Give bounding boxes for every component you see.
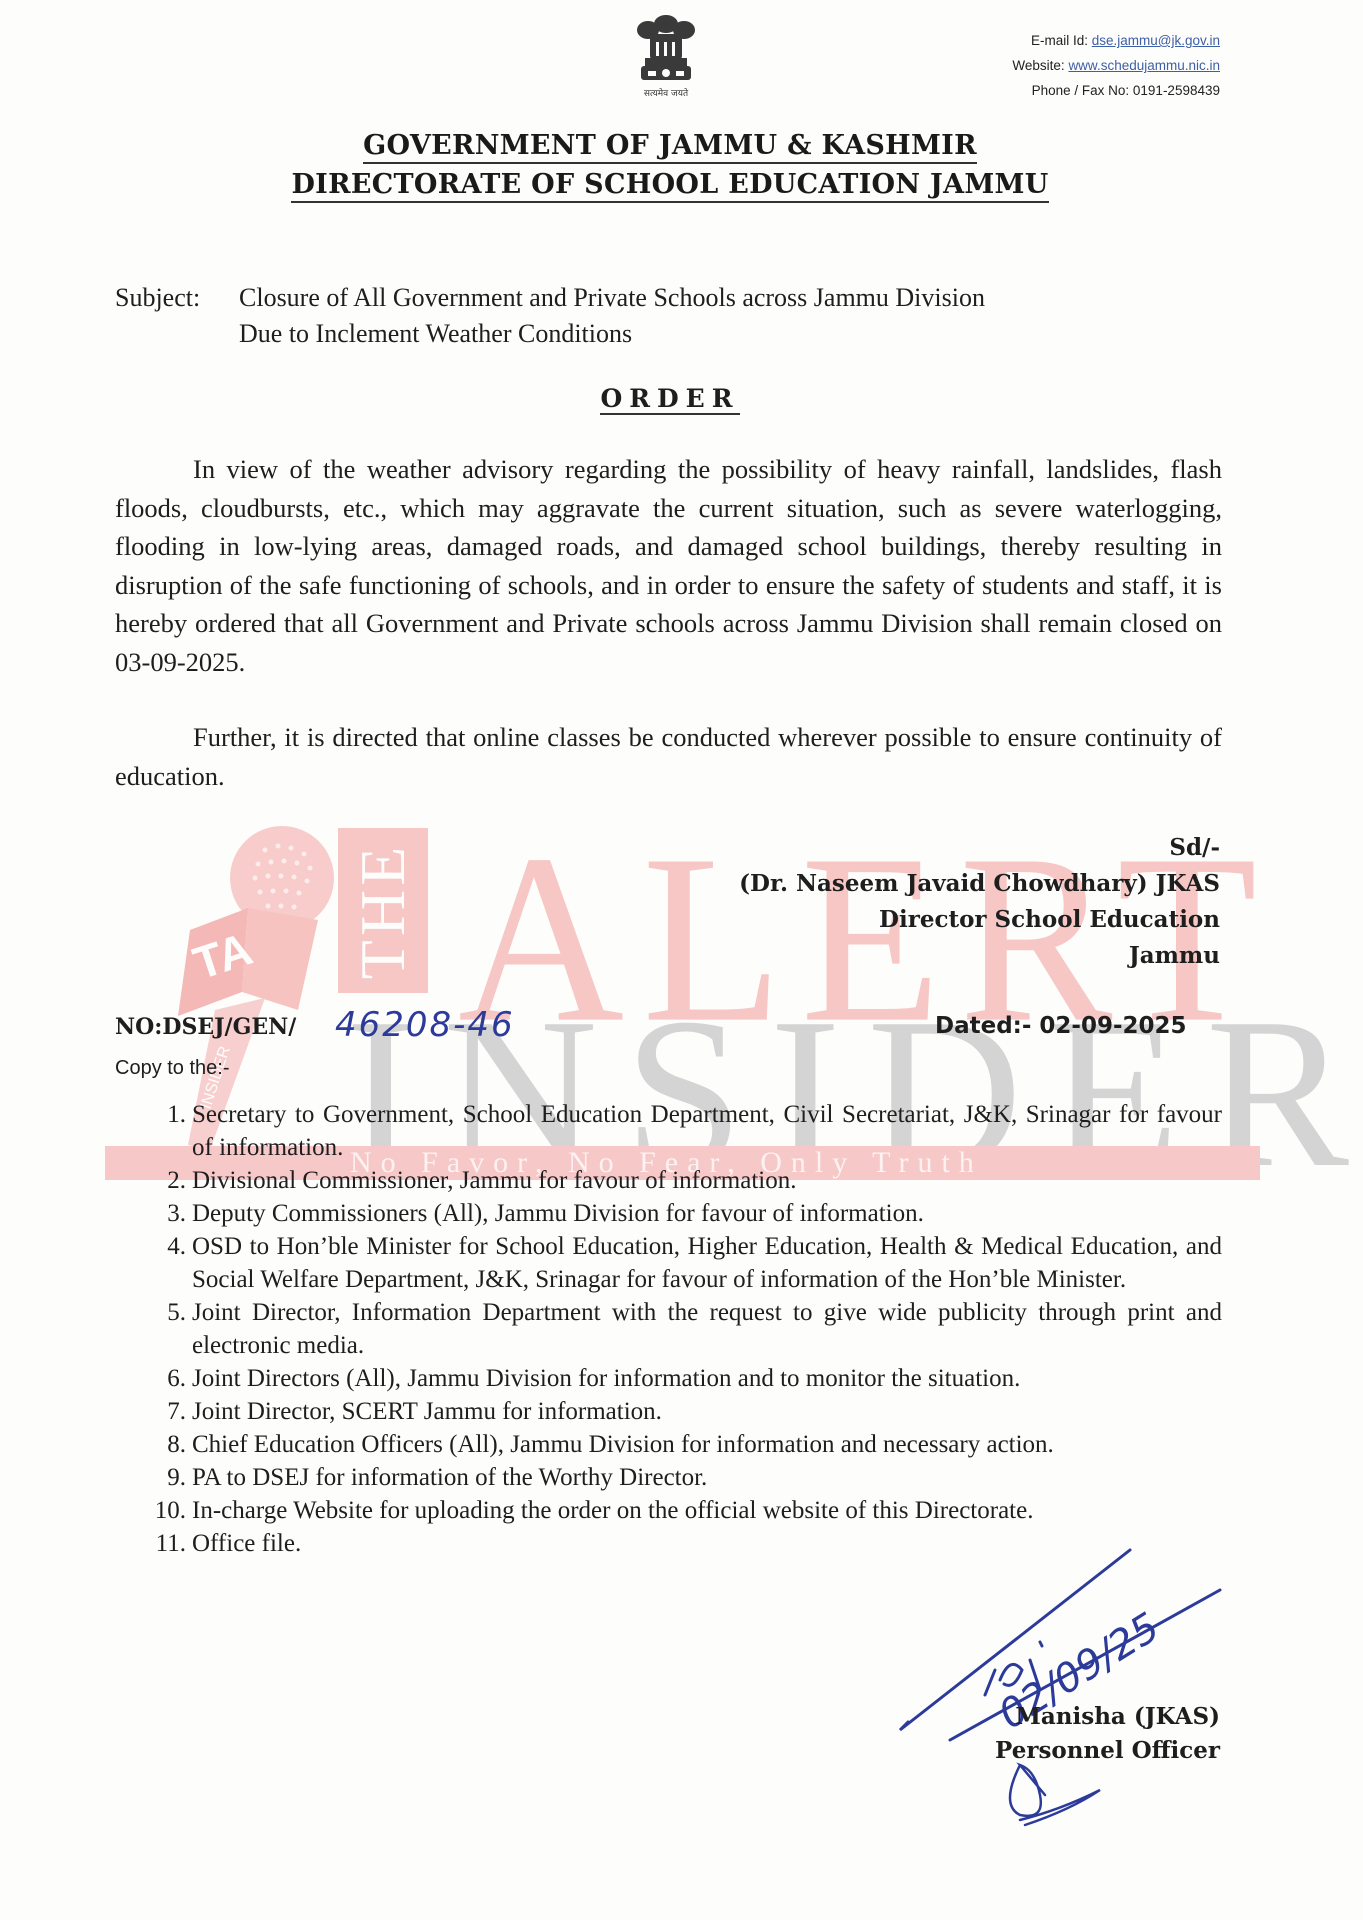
personnel-officer-name: Manisha (JKAS) [995,1700,1220,1734]
copy-to-label: Copy to the:- [115,1057,230,1080]
list-item: 10.In-charge Website for uploading the o… [140,1494,1222,1527]
personnel-officer-designation: Personnel Officer [995,1734,1220,1768]
order-paragraph-2: Further, it is directed that online clas… [115,718,1222,795]
email-line: E-mail Id: dse.jammu@jk.gov.in [1012,28,1220,53]
phone-line: Phone / Fax No: 0191-2598439 [1012,78,1220,103]
website-line: Website: www.schedujammu.nic.in [1012,53,1220,78]
reference-number-handwritten: 46208-46 [335,1005,515,1045]
list-item: 1.Secretary to Government, School Educat… [140,1098,1222,1164]
reference-number-prefix: NO:DSEJ/GEN/ [115,1014,296,1040]
list-item: 9.PA to DSEJ for information of the Wort… [140,1461,1222,1494]
list-item: 3.Deputy Commissioners (All), Jammu Divi… [140,1197,1222,1230]
list-item: 2.Divisional Commissioner, Jammu for fav… [140,1164,1222,1197]
order-heading: ORDER [0,384,1340,413]
list-item: 4.OSD to Hon’ble Minister for School Edu… [140,1230,1222,1296]
svg-text:सत्यमेव जयते: सत्यमेव जयते [644,87,689,99]
personnel-officer-block: Manisha (JKAS) Personnel Officer [995,1700,1220,1768]
sd-mark: Sd/- [739,830,1220,866]
list-item: 5.Joint Director, Information Department… [140,1296,1222,1362]
subject: Subject:Closure of All Government and Pr… [115,280,1225,352]
director-name: (Dr. Naseem Javaid Chowdhary) JKAS [739,866,1220,902]
title-government: GOVERNMENT OF JAMMU & KASHMIR [0,130,1340,161]
order-date: Dated:- 02-09-2025 [935,1013,1187,1039]
list-item: 6.Joint Directors (All), Jammu Division … [140,1362,1222,1395]
list-item: 8.Chief Education Officers (All), Jammu … [140,1428,1222,1461]
subject-line2: Due to Inclement Weather Conditions [115,316,1225,352]
title-directorate: DIRECTORATE OF SCHOOL EDUCATION JAMMU [0,169,1340,200]
list-item: 7.Joint Director, SCERT Jammu for inform… [140,1395,1222,1428]
subject-line1: Closure of All Government and Private Sc… [239,283,985,312]
website-link[interactable]: www.schedujammu.nic.in [1068,58,1220,73]
copy-recipient-list: 1.Secretary to Government, School Educat… [140,1098,1222,1560]
subject-label: Subject: [115,280,239,316]
contact-details: E-mail Id: dse.jammu@jk.gov.in Website: … [1012,28,1220,103]
national-emblem-icon: सत्यमेव जयते [628,10,704,106]
email-link[interactable]: dse.jammu@jk.gov.in [1092,33,1220,48]
handwritten-signature-icon: 02/09/25 [890,1530,1270,1850]
director-signature-block: Sd/- (Dr. Naseem Javaid Chowdhary) JKAS … [739,830,1220,974]
order-paragraph-1: In view of the weather advisory regardin… [115,450,1222,681]
director-place: Jammu [739,938,1220,974]
director-designation: Director School Education [739,902,1220,938]
watermark-the-text: THE [338,828,428,993]
